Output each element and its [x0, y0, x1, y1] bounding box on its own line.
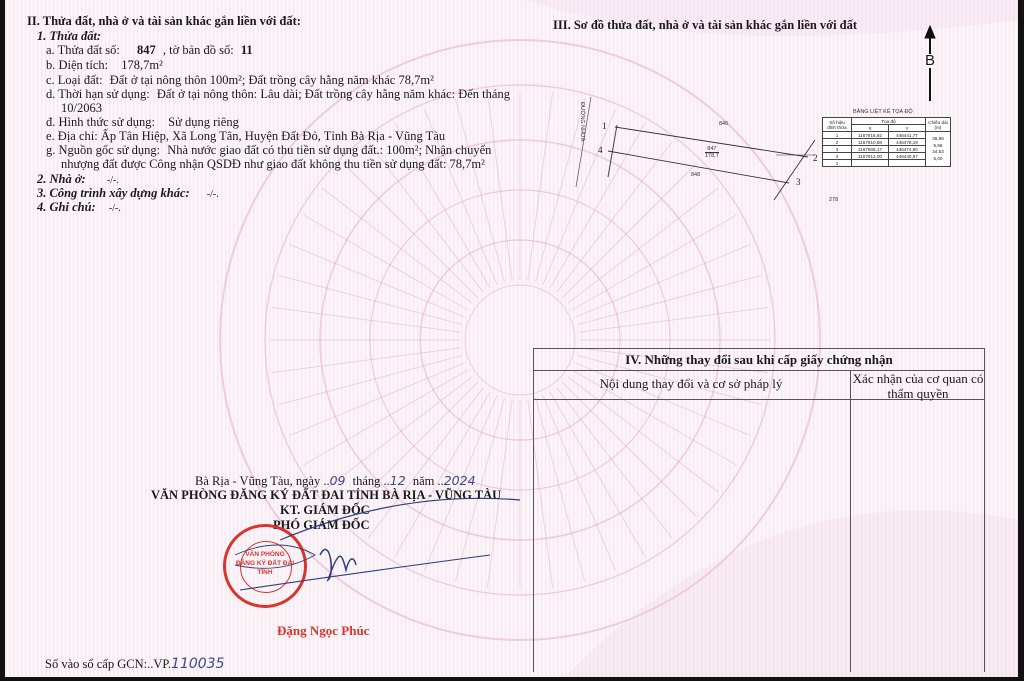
coord-x: 1167910,88 — [852, 139, 889, 146]
changes-table: IV. Những thay đổi sau khi cấp giấy chứn… — [533, 348, 985, 672]
coord-y: 446474,90 — [889, 146, 926, 153]
coord-y: 446441,77 — [889, 132, 926, 139]
coord-table: Số hiệu đỉnh thửa Tọa độ Chiều dài (m) X… — [822, 117, 951, 167]
certificate-page: II. Thửa đất, nhà ở và tài sản khác gắn … — [5, 0, 1018, 677]
coord-y — [889, 160, 926, 167]
north-label: B — [925, 54, 935, 68]
registry-line: Số vào sổ cấp GCN:..VP.110035 — [45, 657, 225, 672]
length-4-1: 5,00 — [928, 156, 948, 163]
coord-x — [852, 160, 889, 167]
registry-number: 110035 — [171, 656, 224, 672]
coord-point: 1 — [823, 160, 852, 167]
coord-point: 2 — [823, 139, 852, 146]
coord-table-caption: BẢNG LIỆT KÊ TỌA ĐỘ — [853, 109, 913, 115]
coord-y: 446440,87 — [889, 153, 926, 160]
parcel-label-area: 178,7 — [705, 153, 719, 159]
date-year: 2024 — [444, 473, 476, 488]
road-label: ĐƯỜNG NHỰA — [579, 102, 585, 141]
vertex-3: 3 — [796, 177, 801, 187]
month-label: tháng — [353, 474, 381, 488]
coord-header-xy: Tọa độ — [852, 118, 926, 125]
signer-name: Đặng Ngọc Phúc — [277, 623, 369, 639]
vertex-2: 2 — [813, 153, 818, 163]
coord-subheader-x: X — [852, 125, 889, 132]
coord-header-length: Chiều dài (m) — [926, 118, 951, 132]
coord-x: 1167912,00 — [852, 153, 889, 160]
coord-point: 3 — [823, 146, 852, 153]
vertex-1: 1 — [602, 121, 607, 131]
parcel-label-number: 847 — [705, 146, 719, 153]
parcel-label-847: 847 178,7 — [705, 146, 719, 159]
vertex-4: 4 — [598, 145, 603, 155]
neighbor-278: 278 — [829, 197, 838, 203]
neighbor-846: 846 — [719, 121, 728, 127]
coord-x: 1167906,17 — [852, 146, 889, 153]
coord-row: 1 1167916,92 446441,77 36,96 5,58 34,53 … — [823, 132, 951, 139]
changes-col-confirmation: Xác nhận của cơ quan có thẩm quyền — [851, 371, 985, 401]
coord-y: 446478,19 — [889, 139, 926, 146]
coord-subheader-y: Y — [889, 125, 926, 132]
coord-point: 1 — [823, 132, 852, 139]
year-label: năm — [413, 474, 435, 488]
place-date-line: Bà Rịa - Vũng Tàu, ngày ..09 tháng ..12 … — [195, 473, 476, 489]
section4-title: IV. Những thay đổi sau khi cấp giấy chứn… — [533, 352, 985, 368]
registry-label: Số vào sổ cấp GCN:..VP. — [45, 657, 171, 671]
date-day: 09 — [330, 473, 346, 488]
date-month: 12 — [390, 473, 406, 488]
neighbor-848: 848 — [691, 172, 700, 178]
changes-col-content: Nội dung thay đổi và cơ sở pháp lý — [533, 376, 849, 392]
handwritten-signature — [220, 495, 520, 605]
coord-header-point: Số hiệu đỉnh thửa — [823, 118, 852, 132]
coord-lengths: 36,96 5,58 34,53 5,00 — [926, 132, 951, 167]
coord-point: 4 — [823, 153, 852, 160]
coord-x: 1167916,92 — [852, 132, 889, 139]
place-date-prefix: Bà Rịa - Vũng Tàu, ngày — [195, 474, 320, 488]
